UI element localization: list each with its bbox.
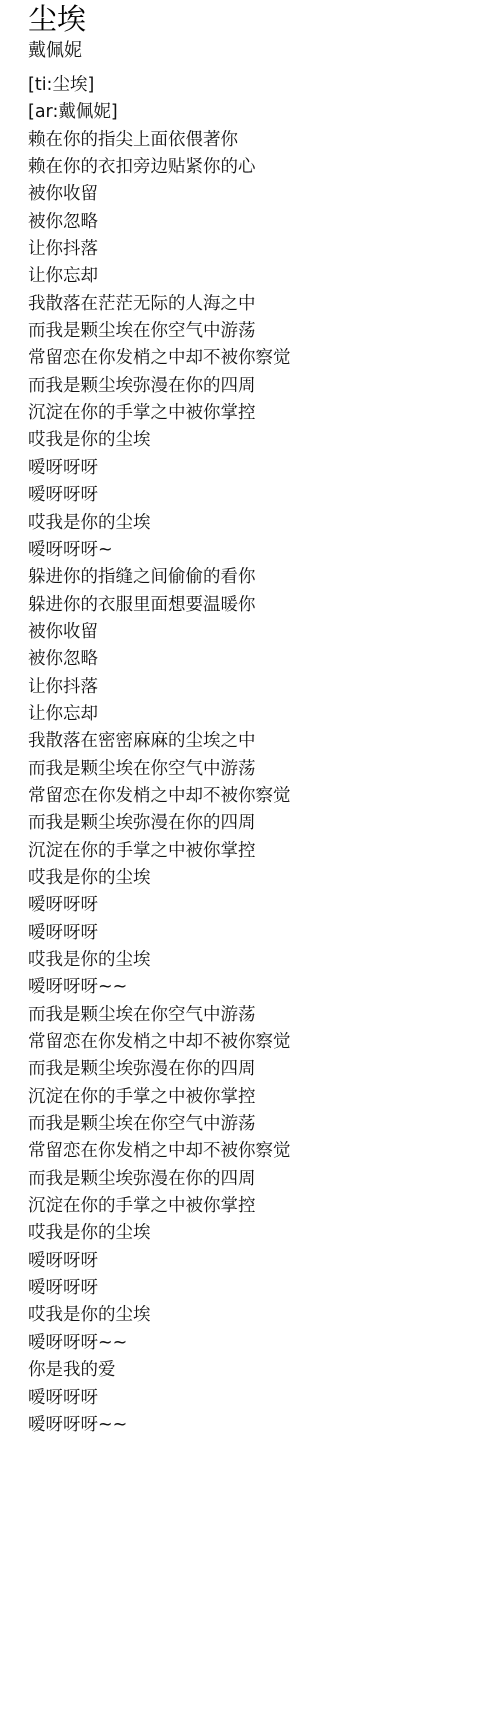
lyric-line: 嗳呀呀呀 [28, 482, 291, 509]
lyric-line: 嗳呀呀呀 [28, 892, 291, 919]
lyric-line: 而我是颗尘埃在你空气中游荡 [28, 1002, 291, 1029]
lyric-line: 嗳呀呀呀 [28, 455, 291, 482]
lyric-line: 嗳呀呀呀 [28, 1275, 291, 1302]
lyric-line: 常留恋在你发梢之中却不被你察觉 [28, 345, 291, 372]
lyric-line: 常留恋在你发梢之中却不被你察觉 [28, 783, 291, 810]
lyric-line: 被你忽略 [28, 209, 291, 236]
lyric-line: 沉淀在你的手掌之中被你掌控 [28, 838, 291, 865]
lyric-line: 嗳呀呀呀 [28, 1248, 291, 1275]
lyric-line: 而我是颗尘埃在你空气中游荡 [28, 318, 291, 345]
lyric-line: 躲进你的衣服里面想要温暖你 [28, 592, 291, 619]
lyric-line: 哎我是你的尘埃 [28, 1302, 291, 1329]
lyric-line: 沉淀在你的手掌之中被你掌控 [28, 1193, 291, 1220]
lyrics-list: [ti:尘埃] [ar:戴佩妮] 赖在你的指尖上面依偎著你 赖在你的衣扣旁边贴紧… [28, 72, 291, 1439]
lyric-line: 哎我是你的尘埃 [28, 510, 291, 537]
lyric-line: 哎我是你的尘埃 [28, 1220, 291, 1247]
lyric-line: 哎我是你的尘埃 [28, 427, 291, 454]
lyric-line: 嗳呀呀呀 [28, 920, 291, 947]
lyric-line: 而我是颗尘埃弥漫在你的四周 [28, 1166, 291, 1193]
lyric-line: 让你抖落 [28, 236, 291, 263]
lyric-line: 常留恋在你发梢之中却不被你察觉 [28, 1138, 291, 1165]
lyric-line: 让你忘却 [28, 263, 291, 290]
lyric-line: 嗳呀呀呀~~ [28, 1412, 291, 1439]
lyric-line: 赖在你的指尖上面依偎著你 [28, 127, 291, 154]
lyric-line: 哎我是你的尘埃 [28, 947, 291, 974]
lyric-line: 嗳呀呀呀 [28, 1385, 291, 1412]
lyric-line: 嗳呀呀呀~~ [28, 974, 291, 1001]
lyric-line: 而我是颗尘埃弥漫在你的四周 [28, 373, 291, 400]
lyric-line: 而我是颗尘埃弥漫在你的四周 [28, 810, 291, 837]
lyric-line: 而我是颗尘埃弥漫在你的四周 [28, 1056, 291, 1083]
lyric-line: 赖在你的衣扣旁边贴紧你的心 [28, 154, 291, 181]
lyric-line: 嗳呀呀呀~~ [28, 1330, 291, 1357]
lyric-line: 被你忽略 [28, 646, 291, 673]
lyric-line: 你是我的爱 [28, 1357, 291, 1384]
lyric-line: 常留恋在你发梢之中却不被你察觉 [28, 1029, 291, 1056]
lyric-line: 沉淀在你的手掌之中被你掌控 [28, 400, 291, 427]
lyric-line: 躲进你的指缝之间偷偷的看你 [28, 564, 291, 591]
lyric-line: 让你抖落 [28, 674, 291, 701]
lyric-line: 我散落在茫茫无际的人海之中 [28, 291, 291, 318]
lyric-line: 沉淀在你的手掌之中被你掌控 [28, 1084, 291, 1111]
lyric-line: 被你收留 [28, 181, 291, 208]
lyric-line: 而我是颗尘埃在你空气中游荡 [28, 1111, 291, 1138]
lyric-line: 被你收留 [28, 619, 291, 646]
lyric-line: 而我是颗尘埃在你空气中游荡 [28, 756, 291, 783]
song-artist: 戴佩妮 [28, 38, 82, 64]
lyric-line: 让你忘却 [28, 701, 291, 728]
lyric-line: [ar:戴佩妮] [28, 99, 291, 126]
lyric-line: [ti:尘埃] [28, 72, 291, 99]
song-title: 尘埃 [28, 0, 86, 38]
lyric-line: 我散落在密密麻麻的尘埃之中 [28, 728, 291, 755]
lyric-line: 嗳呀呀呀~ [28, 537, 291, 564]
lyric-line: 哎我是你的尘埃 [28, 865, 291, 892]
